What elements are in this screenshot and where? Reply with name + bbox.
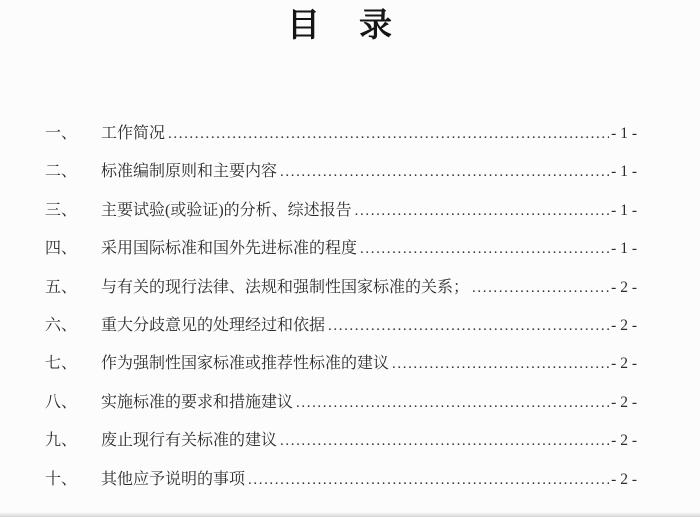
toc-entry-page-number: - 2 - [611,384,637,422]
toc-entry-page-number: - 1 - [611,192,637,230]
toc-entry-number: 四、 [45,230,101,268]
toc-dot-leader [280,422,609,460]
toc-dot-leader [360,230,609,268]
toc-entry-number: 九、 [45,422,101,460]
toc-entry: 四、 采用国际标准和国外先进标准的程度 - 1 - [45,230,637,268]
table-of-contents: 一、 工作简况 - 1 - 二、 标准编制原则和主要内容 - 1 - 三、 主要… [45,115,637,499]
toc-entry-number: 三、 [45,192,101,230]
toc-entry: 五、 与有关的现行法律、法规和强制性国家标准的关系； - 2 - [45,269,637,307]
toc-entry-page-number: - 2 - [611,269,637,307]
toc-entry-title: 标准编制原则和主要内容 [101,153,277,191]
toc-entry: 一、 工作简况 - 1 - [45,115,637,153]
toc-dot-leader [280,153,609,191]
toc-dot-leader [355,192,610,230]
toc-entry-title: 其他应予说明的事项 [101,461,245,499]
toc-entry: 六、 重大分歧意见的处理经过和依据 - 2 - [45,307,637,345]
toc-entry-page-number: - 2 - [611,345,637,383]
toc-entry-number: 六、 [45,307,101,345]
toc-entry-number: 十、 [45,461,101,499]
toc-entry-title: 工作简况 [101,115,165,153]
toc-entry-page-number: - 1 - [611,153,637,191]
toc-entry-number: 一、 [45,115,101,153]
toc-entry: 七、 作为强制性国家标准或推荐性标准的建议 - 2 - [45,345,637,383]
toc-entry-page-number: - 2 - [611,307,637,345]
toc-entry: 八、 实施标准的要求和措施建议 - 2 - [45,384,637,422]
toc-entry: 三、 主要试验(或验证)的分析、综述报告 - 1 - [45,192,637,230]
toc-entry-page-number: - 1 - [611,115,637,153]
toc-entry: 十、 其他应予说明的事项 - 2 - [45,461,637,499]
toc-dot-leader [248,461,609,499]
toc-entry-title: 作为强制性国家标准或推荐性标准的建议 [101,345,389,383]
toc-entry-title: 主要试验(或验证)的分析、综述报告 [101,192,352,230]
toc-entry-page-number: - 2 - [611,461,637,499]
toc-dot-leader [168,115,609,153]
scan-bottom-shadow [0,512,700,517]
toc-entry-title: 与有关的现行法律、法规和强制性国家标准的关系； [101,269,469,307]
toc-entry-number: 七、 [45,345,101,383]
toc-entry-number: 二、 [45,153,101,191]
toc-entry-number: 八、 [45,384,101,422]
toc-entry: 二、 标准编制原则和主要内容 - 1 - [45,153,637,191]
toc-entry: 九、 废止现行有关标准的建议 - 2 - [45,422,637,460]
toc-entry-title: 实施标准的要求和措施建议 [101,384,293,422]
toc-entry-title: 废止现行有关标准的建议 [101,422,277,460]
toc-entry-number: 五、 [45,269,101,307]
toc-dot-leader [472,269,609,307]
document-page: 目 录 一、 工作简况 - 1 - 二、 标准编制原则和主要内容 - 1 - 三… [0,0,700,517]
toc-entry-title: 采用国际标准和国外先进标准的程度 [101,230,357,268]
document-title: 目 录 [45,4,637,48]
toc-dot-leader [392,345,609,383]
toc-entry-title: 重大分歧意见的处理经过和依据 [101,307,325,345]
toc-dot-leader [328,307,609,345]
toc-entry-page-number: - 1 - [611,230,637,268]
toc-entry-page-number: - 2 - [611,422,637,460]
toc-dot-leader [296,384,609,422]
